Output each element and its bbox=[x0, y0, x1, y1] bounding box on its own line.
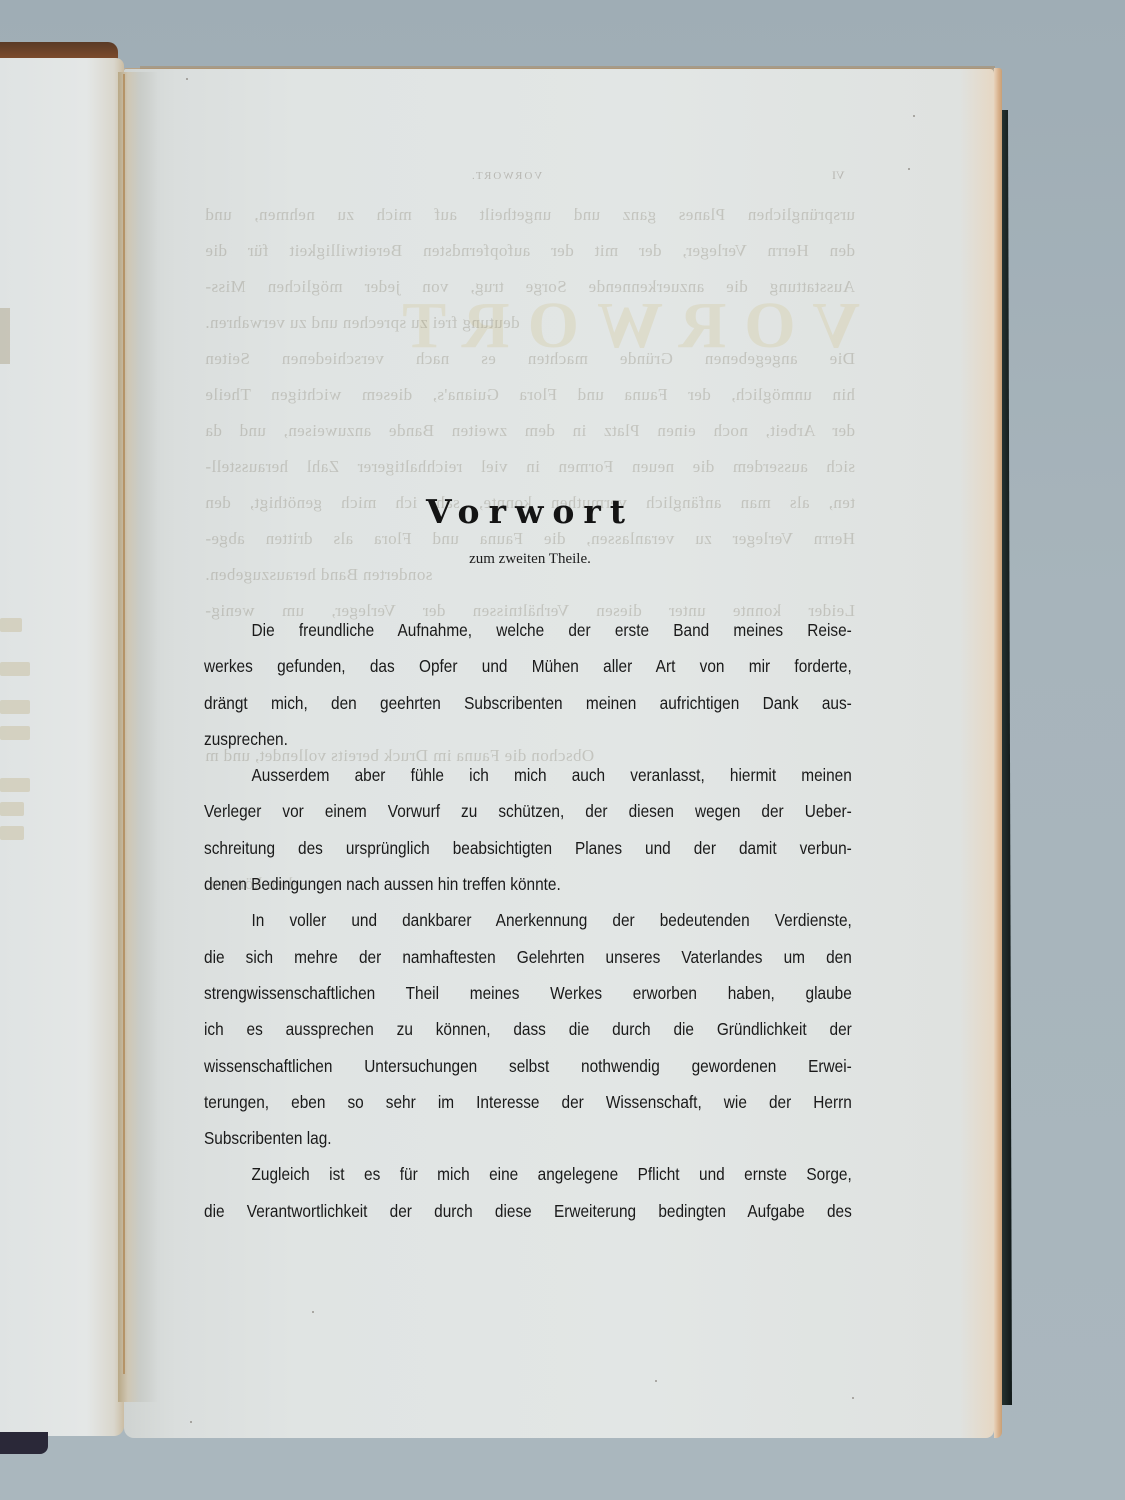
text-line: terungen, eben so sehr im Interesse der … bbox=[204, 1084, 852, 1120]
text-line: strengwissenschaftlichen Theil meines We… bbox=[204, 975, 852, 1011]
bleed-line: den Herrn Verleger, der mit der aufopfer… bbox=[205, 241, 855, 261]
paragraph-1: Die freundliche Aufnahme, welche der ers… bbox=[204, 612, 852, 757]
left-page-bleed-mark bbox=[0, 700, 30, 714]
left-page-bleed-mark bbox=[0, 726, 30, 740]
page-subtitle: zum zweiten Theile. bbox=[380, 551, 680, 568]
text-line: Verleger vor einem Vorwurf zu schützen, … bbox=[204, 793, 852, 829]
paper-speck bbox=[655, 1380, 657, 1382]
text-line: die Verantwortlichkeit der durch diese E… bbox=[204, 1193, 852, 1229]
bleed-running-header: VORWORT. bbox=[470, 170, 542, 182]
text-line: denen Bedingungen nach aussen hin treffe… bbox=[204, 866, 852, 902]
bleed-page-number: VI bbox=[832, 168, 845, 183]
left-facing-page bbox=[0, 58, 124, 1436]
bleed-line: Die angegebenen Gründe machten es nach v… bbox=[205, 349, 855, 369]
bleed-line: ursprünglichen Planes ganz und ungetheil… bbox=[205, 205, 855, 225]
paper-speck bbox=[190, 1421, 192, 1423]
bleed-line: deutung frei zu sprechen und zu verwahre… bbox=[205, 313, 855, 333]
gutter-fold-line bbox=[123, 74, 125, 1374]
paragraph-4: Zugleich ist es für mich eine angelegene… bbox=[204, 1156, 852, 1229]
bleed-line: sich ausserdem die neuen Formen in viel … bbox=[205, 457, 855, 477]
paragraph-2: Ausserdem aber fühle ich mich auch veran… bbox=[204, 757, 852, 902]
page-top-edge bbox=[140, 66, 995, 69]
paper-speck bbox=[186, 78, 188, 80]
left-book-cover-bottom bbox=[0, 1432, 48, 1454]
bleed-line: der Arbeit, noch einen Platz in dem zwei… bbox=[205, 421, 855, 441]
paper-speck bbox=[908, 168, 910, 170]
bleed-line: hin unmöglich, der Fauna und Flora Guian… bbox=[205, 385, 855, 405]
preface-body: Die freundliche Aufnahme, welche der ers… bbox=[204, 612, 852, 1229]
bleed-line: Herrn Verleger zu veranlassen, die Fauna… bbox=[205, 529, 855, 549]
text-line: zusprechen. bbox=[204, 721, 852, 757]
paper-speck bbox=[852, 1397, 854, 1399]
bleed-line: Ausstattung die anzuerkennende Sorge tru… bbox=[205, 277, 855, 297]
text-line: Ausserdem aber fühle ich mich auch veran… bbox=[204, 757, 852, 793]
text-line: Die freundliche Aufnahme, welche der ers… bbox=[204, 612, 852, 648]
left-page-bleed-mark bbox=[0, 778, 30, 792]
text-line: ich es aussprechen zu können, dass die d… bbox=[204, 1011, 852, 1047]
left-page-bleed-mark bbox=[0, 662, 30, 676]
text-line: wissenschaftlichen Untersuchungen selbst… bbox=[204, 1048, 852, 1084]
left-page-bleed-mark bbox=[0, 802, 24, 816]
text-line: die sich mehre der namhaftesten Gelehrte… bbox=[204, 939, 852, 975]
text-line: Zugleich ist es für mich eine angelegene… bbox=[204, 1156, 852, 1192]
page-right-edge bbox=[994, 68, 1002, 1438]
paragraph-3: In voller und dankbarer Anerkennung der … bbox=[204, 902, 852, 1156]
left-page-bleed-mark bbox=[0, 826, 24, 840]
text-line: schreitung des ursprünglich beabsichtigt… bbox=[204, 830, 852, 866]
bleed-line: sonderten Band herauszugeben. bbox=[205, 565, 855, 585]
text-line: drängt mich, den geehrten Subscribenten … bbox=[204, 685, 852, 721]
text-line: werkes gefunden, das Opfer und Mühen all… bbox=[204, 648, 852, 684]
left-page-bleed-block bbox=[0, 308, 10, 364]
text-line: Subscribenten lag. bbox=[204, 1120, 852, 1156]
paper-speck bbox=[913, 115, 915, 117]
text-line: In voller und dankbarer Anerkennung der … bbox=[204, 902, 852, 938]
paper-speck bbox=[312, 1311, 314, 1313]
page-title: Vorwort bbox=[395, 492, 665, 531]
left-page-bleed-mark bbox=[0, 618, 22, 632]
